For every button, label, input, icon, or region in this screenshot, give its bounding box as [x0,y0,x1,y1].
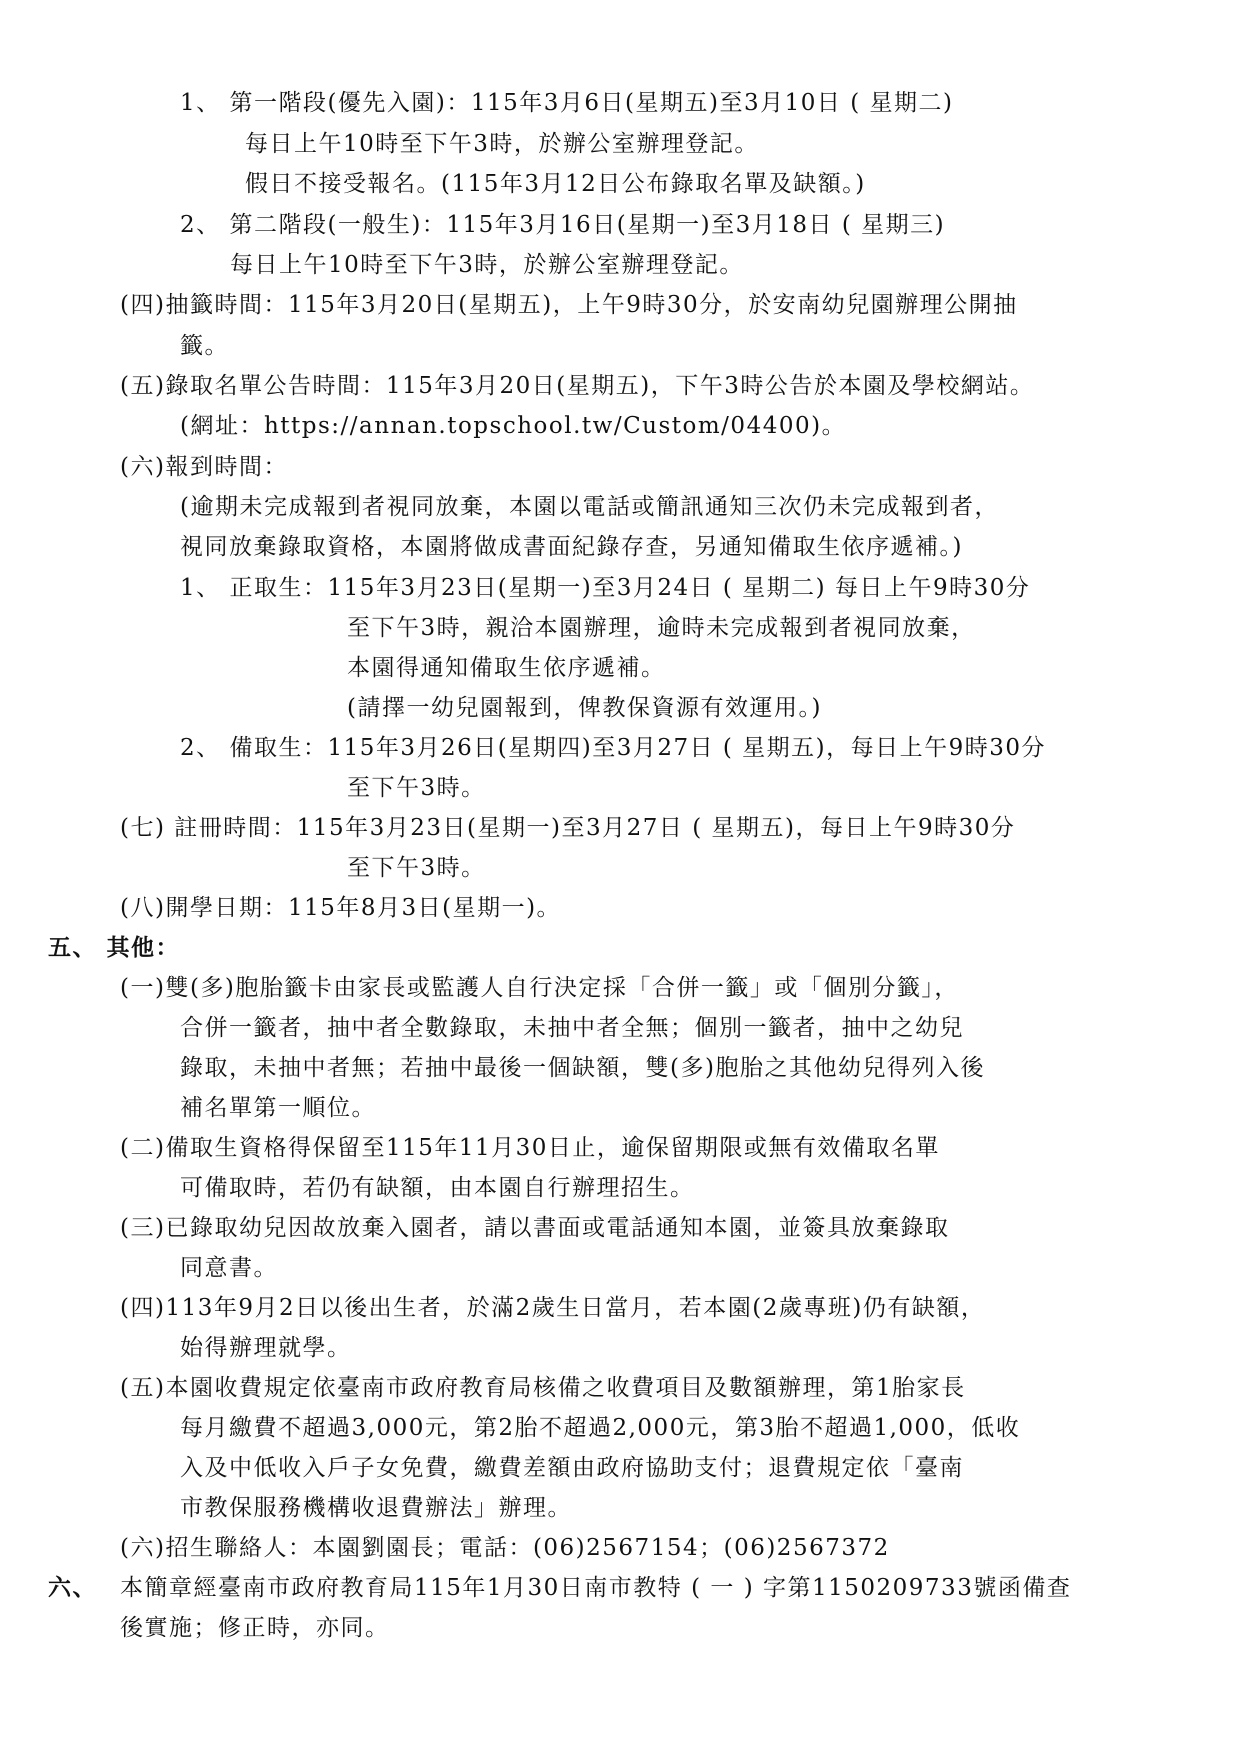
text-line: 補名單第一順位。 [180,1093,376,1123]
text-line: 假日不接受報名。(115年3月12日公布錄取名單及缺額。) [245,169,866,199]
text-line: 後實施；修正時，亦同。 [120,1613,390,1643]
text-line: 1、 正取生：115年3月23日(星期一)至3月24日 ( 星期二) 每日上午9… [180,573,1030,603]
text-line: (一)雙(多)胞胎籤卡由家長或監護人自行決定採「合併一籤」或「個別分籤」， [120,973,959,1003]
text-line: (八)開學日期：115年8月3日(星期一)。 [120,893,561,923]
text-line: (六)招生聯絡人：本園劉園長；電話：(06)2567154；(06)256737… [120,1533,890,1563]
text-line: 同意書。 [180,1253,278,1283]
text-line: 2、 備取生：115年3月26日(星期四)至3月27日 ( 星期五)，每日上午9… [180,733,1046,763]
text-line: 本園得通知備取生依序遞補。 [347,653,666,683]
text-line: 每日上午10時至下午3時，於辦公室辦理登記。 [245,129,759,159]
text-line: 視同放棄錄取資格，本園將做成書面紀錄存查，另通知備取生依序遞補。) [180,532,963,562]
text-line: 2、 第二階段(一般生)：115年3月16日(星期一)至3月18日 ( 星期三) [180,210,945,240]
text-line: (七) 註冊時間：115年3月23日(星期一)至3月27日 ( 星期五)，每日上… [120,813,1015,843]
text-line: 至下午3時。 [347,853,486,883]
section-heading: 六、 [48,1573,97,1603]
text-line: 合併一籤者，抽中者全數錄取，未抽中者全無；個別一籤者，抽中之幼兒 [180,1013,964,1043]
text-line: (五)錄取名單公告時間：115年3月20日(星期五)，下午3時公告於本園及學校網… [120,371,1034,401]
text-line: 1、 第一階段(優先入園)：115年3月6日(星期五)至3月10日 ( 星期二) [180,88,953,118]
text-line: (六)報到時間： [120,452,288,482]
text-line: 本簡章經臺南市政府教育局115年1月30日南市教特 ( 一 ) 字第115020… [120,1573,1071,1603]
text-line: 錄取，未抽中者無；若抽中最後一個缺額，雙(多)胞胎之其他幼兒得列入後 [180,1053,985,1083]
section-heading: 五、 其他： [48,933,180,963]
text-line: 籤。 [180,331,229,361]
text-line: 市教保服務機構收退費辦法」辦理。 [180,1493,572,1523]
text-line: (請擇一幼兒園報到，俾教保資源有效運用。) [347,693,822,723]
text-line: 可備取時，若仍有缺額，由本園自行辦理招生。 [180,1173,695,1203]
text-line: 每月繳費不超過3,000元，第2胎不超過2,000元，第3胎不超過1,000，低… [180,1413,1020,1443]
text-line: 每日上午10時至下午3時，於辦公室辦理登記。 [230,250,744,280]
text-line: 至下午3時。 [347,773,486,803]
text-line: (二)備取生資格得保留至115年11月30日止，逾保留期限或無有效備取名單 [120,1133,940,1163]
text-line: (三)已錄取幼兒因故放棄入園者，請以書面或電話通知本園，並簽具放棄錄取 [120,1213,949,1243]
text-line: (四)113年9月2日以後出生者，於滿2歲生日當月，若本園(2歲專班)仍有缺額， [120,1293,985,1323]
text-line: 入及中低收入戶子女免費，繳費差額由政府協助支付；退費規定依「臺南 [180,1453,964,1483]
text-line: (逾期未完成報到者視同放棄，本園以電話或簡訊通知三次仍未完成報到者， [180,492,999,522]
text-line: (網址：https://annan.topschool.tw/Custom/04… [180,411,846,441]
text-line: (四)抽籤時間：115年3月20日(星期五)，上午9時30分，於安南幼兒園辦理公… [120,290,1018,320]
text-line: 始得辦理就學。 [180,1333,352,1363]
text-line: 至下午3時，親洽本園辦理，逾時未完成報到者視同放棄， [347,613,976,643]
text-line: (五)本園收費規定依臺南市政府教育局核備之收費項目及數額辦理，第1胎家長 [120,1373,966,1403]
